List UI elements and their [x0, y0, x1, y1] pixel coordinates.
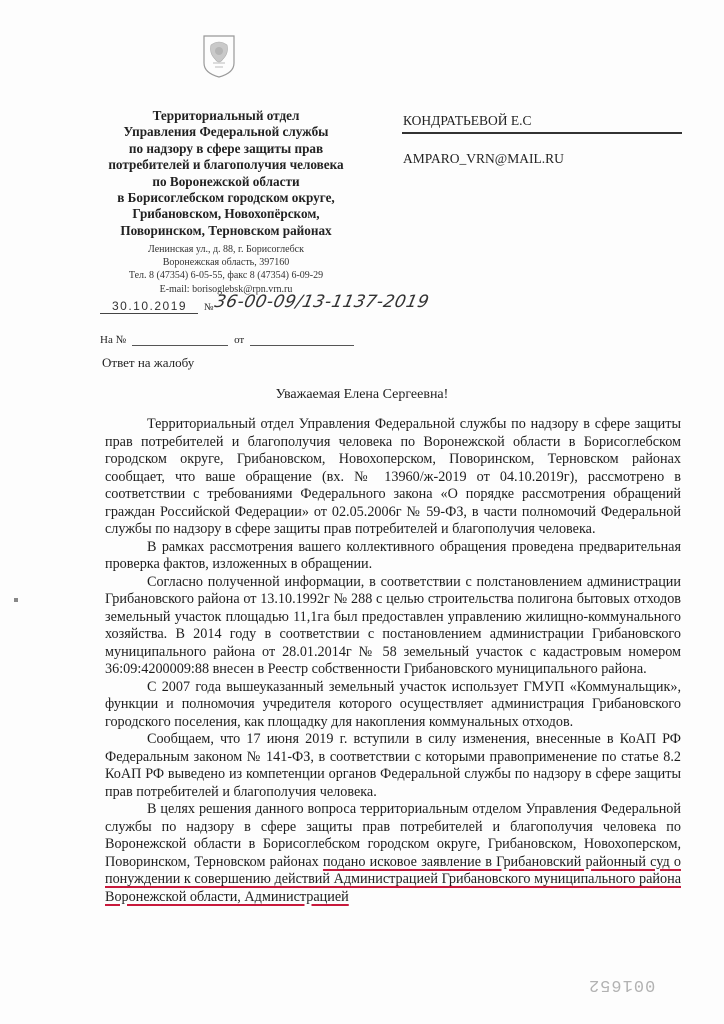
page-number-stamp: 001652 — [588, 975, 655, 994]
scan-artifact-mark — [14, 598, 18, 602]
org-line: потребителей и благополучия человека — [96, 157, 356, 173]
org-line: Грибановском, Новохопёрском, — [96, 206, 356, 222]
body-paragraph: В рамках рассмотрения вашего коллективно… — [105, 539, 681, 574]
address-line: Тел. 8 (47354) 6-05-55, факс 8 (47354) 6… — [96, 269, 356, 282]
address-line: Ленинская ул., д. 88, г. Борисоглебск — [96, 243, 356, 256]
body-paragraph: Сообщаем, что 17 июня 2019 г. вступили в… — [105, 731, 681, 801]
body-paragraph: С 2007 года вышеуказанный земельный учас… — [105, 679, 681, 732]
recipient-block: КОНДРАТЬЕВОЙ Е.С AMPARO_VRN@MAIL.RU — [402, 113, 682, 167]
recipient-name: КОНДРАТЬЕВОЙ Е.С — [402, 113, 682, 134]
reference-line: На № от — [100, 334, 354, 346]
registration-line: 30.10.2019 № 36-00-09/13-1137-2019 — [100, 299, 430, 319]
coat-of-arms-icon — [201, 33, 237, 79]
registration-date: 30.10.2019 — [100, 299, 198, 314]
organization-name: Территориальный отдел Управления Федерал… — [96, 108, 356, 239]
reference-number-label: На № — [100, 334, 126, 346]
org-line: по Воронежской области — [96, 174, 356, 190]
org-line: Поворинском, Терновском районах — [96, 223, 356, 239]
org-line: Управления Федеральной службы — [96, 124, 356, 140]
letter-subject: Ответ на жалобу — [102, 355, 194, 371]
registration-number-handwritten: 36-00-09/13-1137-2019 — [213, 292, 431, 312]
reference-from-label: от — [234, 334, 244, 346]
org-line: Территориальный отдел — [96, 108, 356, 124]
body-paragraph: Территориальный отдел Управления Федерал… — [105, 416, 681, 539]
organization-address: Ленинская ул., д. 88, г. Борисоглебск Во… — [96, 243, 356, 296]
reference-number-blank — [132, 335, 228, 346]
letter-body: Территориальный отдел Управления Федерал… — [105, 416, 681, 906]
body-paragraph-final: В целях решения данного вопроса территор… — [105, 801, 681, 906]
letter-page: Территориальный отдел Управления Федерал… — [0, 0, 724, 1024]
org-line: по надзору в сфере защиты прав — [96, 141, 356, 157]
org-line: в Борисоглебском городском округе, — [96, 190, 356, 206]
greeting: Уважаемая Елена Сергеевна! — [0, 387, 724, 403]
address-line: Воронежская область, 397160 — [96, 256, 356, 269]
body-paragraph: Согласно полученной информации, в соотве… — [105, 574, 681, 679]
recipient-email: AMPARO_VRN@MAIL.RU — [402, 151, 682, 167]
reference-date-blank — [250, 335, 354, 346]
